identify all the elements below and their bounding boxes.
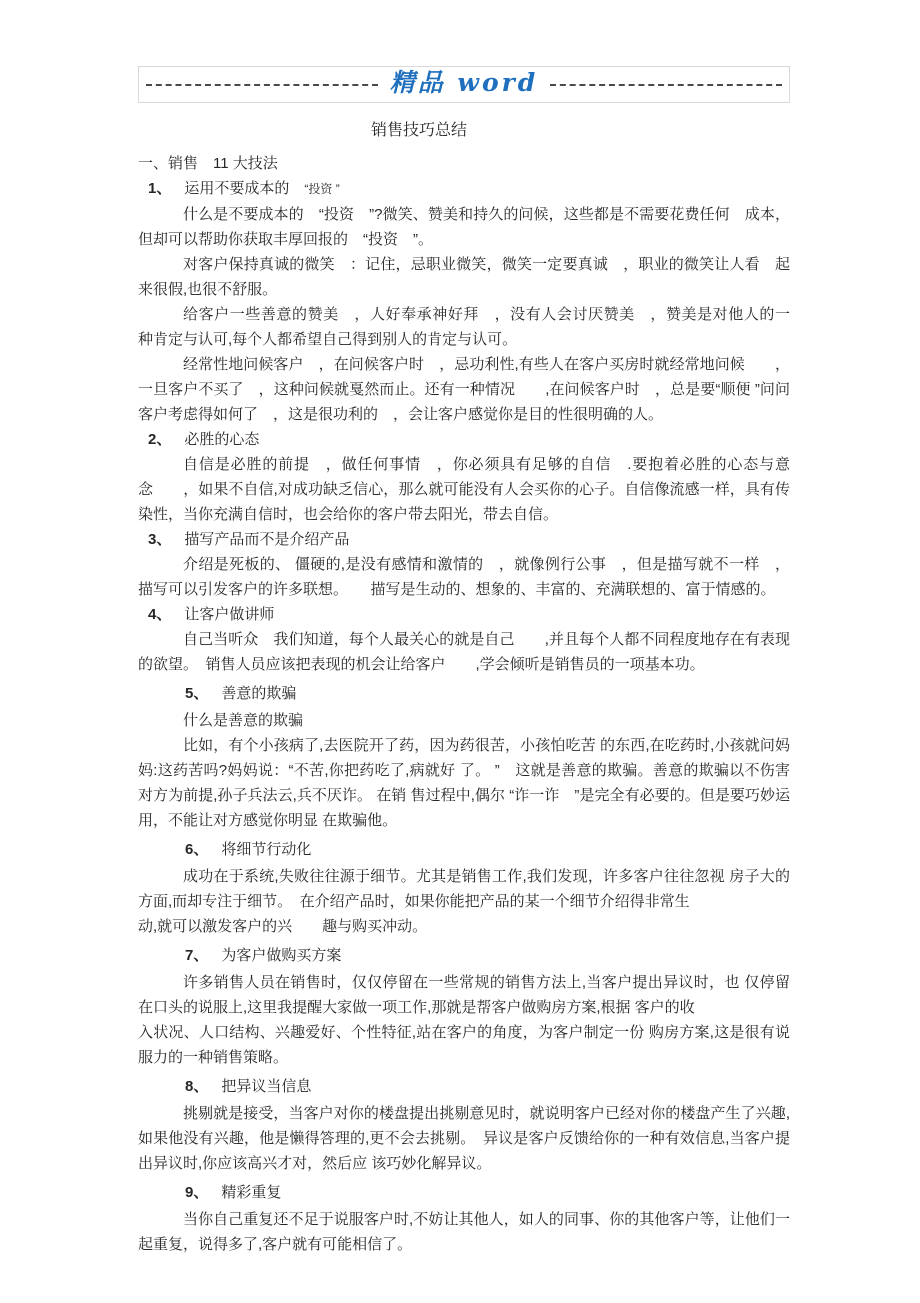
list-item: 8、把异议当信息 挑剔就是接受，当客户对你的楼盘提出挑剔意见时，就说明客户已经对… bbox=[138, 1074, 790, 1176]
item-number: 9、 bbox=[185, 1184, 208, 1201]
item-heading: 4、让客户做讲师 bbox=[138, 602, 790, 627]
item-title-quote: “投资 ” bbox=[304, 182, 339, 196]
list-item: 4、让客户做讲师 自己当听众 我们知道，每个人最关心的就是自己 ,并且每个人都不… bbox=[138, 602, 790, 677]
paragraph: 自信是必胜的前提 ，做任何事情 ，你必须具有足够的自信 .要抱着必胜的心态与意念… bbox=[138, 452, 790, 527]
paragraph: 什么是善意的欺骗 bbox=[138, 708, 790, 733]
item-number: 7、 bbox=[185, 947, 208, 964]
document-page: 精品 word 销售技巧总结 一、销售 11 大技法 1、运用不要成本的 “投资… bbox=[0, 0, 920, 1303]
paragraph: 许多销售人员在销售时，仅仅停留在一些常规的销售方法上,当客户提出异议时，也 仅停… bbox=[138, 970, 790, 1020]
brand-logo-text: 精品 word bbox=[390, 70, 539, 95]
paragraph: 比如，有个小孩病了,去医院开了药，因为药很苦，小孩怕吃苦 的东西,在吃药时,小孩… bbox=[138, 733, 790, 833]
paragraph: 自己当听众 我们知道，每个人最关心的就是自己 ,并且每个人都不同程度地存在有表现… bbox=[138, 627, 790, 677]
list-item: 6、将细节行动化 成功在于系统,失败往往源于细节。尤其是销售工作,我们发现，许多… bbox=[138, 837, 790, 939]
item-title: 精彩重复 bbox=[221, 1184, 281, 1201]
paragraph: 对客户保持真诚的微笑 ：记住，忌职业微笑，微笑一定要真诚 ，职业的微笑让人看 起… bbox=[138, 252, 790, 302]
item-title: 善意的欺骗 bbox=[221, 685, 296, 702]
paragraph: 什么是不要成本的 “投资 ”?微笑、赞美和持久的问候，这些都是不需要花费任何 成… bbox=[138, 202, 790, 252]
item-title: 让客户做讲师 bbox=[184, 606, 274, 623]
paragraph: 挑剔就是接受，当客户对你的楼盘提出挑剔意见时，就说明客户已经对你的楼盘产生了兴趣… bbox=[138, 1101, 790, 1176]
item-number: 8、 bbox=[185, 1078, 208, 1095]
list-item: 5、善意的欺骗 什么是善意的欺骗 比如，有个小孩病了,去医院开了药，因为药很苦，… bbox=[138, 681, 790, 833]
item-title: 为客户做购买方案 bbox=[221, 947, 341, 964]
paragraph: 经常性地问候客户 ，在问候客户时 ，忌功利性,有些人在客户买房时就经常地问候 ，… bbox=[138, 352, 790, 427]
section-heading: 一、销售 11 大技法 bbox=[138, 151, 790, 176]
item-number: 6、 bbox=[185, 841, 208, 858]
item-heading: 1、运用不要成本的 “投资 ” bbox=[138, 176, 790, 202]
item-title: 描写产品而不是介绍产品 bbox=[184, 531, 349, 548]
item-heading: 6、将细节行动化 bbox=[138, 837, 790, 862]
item-title: 将细节行动化 bbox=[221, 841, 311, 858]
paragraph: 入状况、人口结构、兴趣爱好、个性特征,站在客户的角度，为客户制定一份 购房方案,… bbox=[138, 1020, 790, 1070]
item-number: 5、 bbox=[185, 685, 208, 702]
item-number: 2、 bbox=[148, 431, 171, 448]
item-heading: 5、善意的欺骗 bbox=[138, 681, 790, 706]
list-item: 2、必胜的心态 自信是必胜的前提 ，做任何事情 ，你必须具有足够的自信 .要抱着… bbox=[138, 427, 790, 527]
paragraph: 给客户一些善意的赞美 ，人好奉承神好拜 ，没有人会讨厌赞美 ，赞美是对他人的一 … bbox=[138, 302, 790, 352]
item-number: 4、 bbox=[148, 606, 171, 623]
item-heading: 2、必胜的心态 bbox=[138, 427, 790, 452]
paragraph: 当你自己重复还不足于说服客户时,不妨让其他人，如人的同事、你的其他客户等，让他们… bbox=[138, 1207, 790, 1257]
item-title: 把异议当信息 bbox=[221, 1078, 311, 1095]
paragraph: 成功在于系统,失败往往源于细节。尤其是销售工作,我们发现，许多客户往往忽视 房子… bbox=[138, 864, 790, 914]
item-number: 1、 bbox=[148, 180, 171, 197]
item-title: 必胜的心态 bbox=[184, 431, 259, 448]
list-item: 3、描写产品而不是介绍产品 介绍是死板的、 僵硬的,是没有感情和激情的 ，就像例… bbox=[138, 527, 790, 602]
page-title: 销售技巧总结 bbox=[138, 118, 700, 143]
watermark-header-box: 精品 word bbox=[138, 66, 790, 103]
list-item: 1、运用不要成本的 “投资 ” 什么是不要成本的 “投资 ”?微笑、赞美和持久的… bbox=[138, 176, 790, 427]
item-heading: 7、为客户做购买方案 bbox=[138, 943, 790, 968]
item-title: 运用不要成本的 bbox=[184, 180, 289, 197]
paragraph: 介绍是死板的、 僵硬的,是没有感情和激情的 ，就像例行公事 ，但是描写就不一样 … bbox=[138, 552, 790, 602]
dashed-rule-left bbox=[146, 84, 378, 86]
paragraph: 动,就可以激发客户的兴 趣与购买冲动。 bbox=[138, 914, 790, 939]
item-heading: 8、把异议当信息 bbox=[138, 1074, 790, 1099]
document-content: 精品 word 销售技巧总结 一、销售 11 大技法 1、运用不要成本的 “投资… bbox=[138, 66, 790, 1257]
list-item: 7、为客户做购买方案 许多销售人员在销售时，仅仅停留在一些常规的销售方法上,当客… bbox=[138, 943, 790, 1070]
item-number: 3、 bbox=[148, 531, 171, 548]
dashed-rule-right bbox=[550, 84, 782, 86]
item-heading: 9、精彩重复 bbox=[138, 1180, 790, 1205]
item-heading: 3、描写产品而不是介绍产品 bbox=[138, 527, 790, 552]
list-item: 9、精彩重复 当你自己重复还不足于说服客户时,不妨让其他人，如人的同事、你的其他… bbox=[138, 1180, 790, 1257]
